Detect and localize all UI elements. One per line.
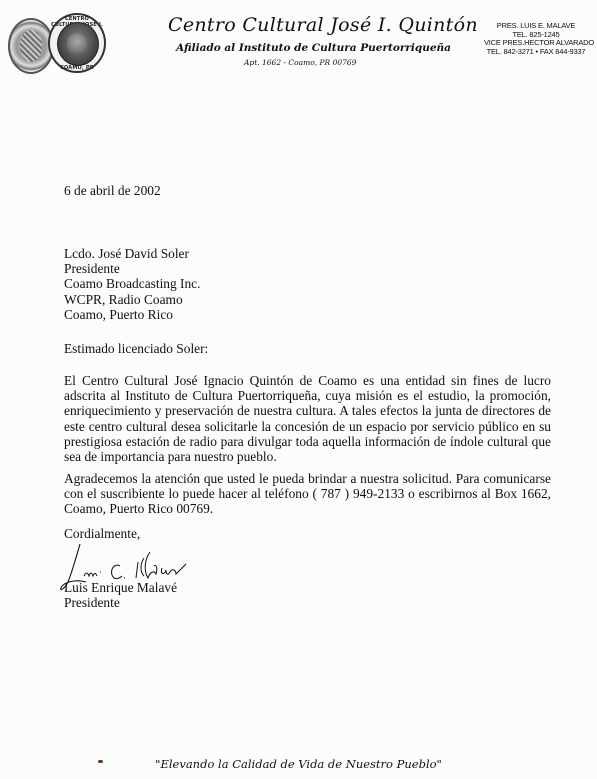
letter-date: 6 de abril de 2002: [64, 183, 161, 198]
recipient-line: Presidente: [64, 261, 200, 276]
center-seal-icon: CENTRO CULTURAL JOSE I. QUINTON COAMO, P…: [48, 13, 106, 73]
institute-seal-icon: [8, 18, 54, 74]
body-paragraph: El Centro Cultural José Ignacio Quintón …: [64, 373, 551, 464]
seal-bottom-text: COAMO, PR: [50, 65, 104, 71]
salutation: Estimado licenciado Soler:: [64, 341, 208, 356]
portrait-icon: [67, 33, 87, 55]
signer-name: Luis Enrique Malavé: [64, 580, 177, 595]
recipient-block: Lcdo. José David Soler Presidente Coamo …: [64, 246, 200, 322]
signer-title: Presidente: [64, 595, 177, 610]
body-paragraph: Agradecemos la atención que usted le pue…: [64, 471, 551, 517]
organization-name: Centro Cultural José I. Quintón: [168, 14, 448, 36]
recipient-line: Lcdo. José David Soler: [64, 246, 200, 261]
recipient-line: WCPR, Radio Coamo: [64, 292, 200, 307]
recipient-line: Coamo Broadcasting Inc.: [64, 276, 200, 291]
officer-line: TEL. 842-3271 • FAX 844-9337: [484, 48, 588, 57]
signer-block: Luis Enrique Malavé Presidente: [64, 580, 177, 610]
organization-address: Apt. 1662 - Coamo, PR 00769: [244, 58, 356, 67]
recipient-line: Coamo, Puerto Rico: [64, 307, 200, 322]
organization-affiliation: Afiliado al Instituto de Cultura Puertor…: [176, 42, 466, 54]
footer-motto: "Elevando la Calidad de Vida de Nuestro …: [0, 757, 597, 771]
seal-emblem: [20, 30, 42, 62]
officers-block: PRES. LUIS E. MALAVE TEL. 825-1245 VICE …: [484, 22, 588, 56]
